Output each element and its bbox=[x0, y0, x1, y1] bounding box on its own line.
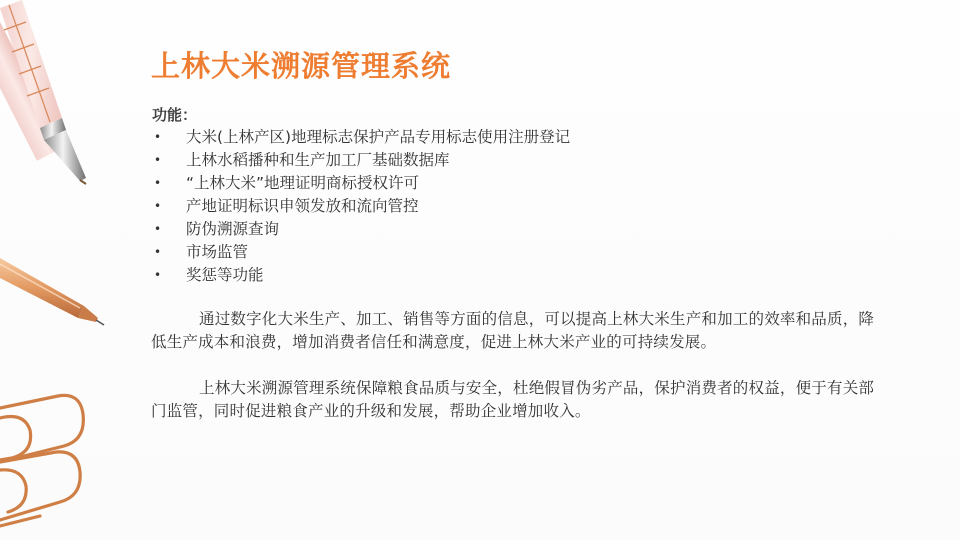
feature-text: 产地证明标识申领发放和流向管控 bbox=[186, 195, 419, 218]
feature-text: 防伪溯源查询 bbox=[186, 218, 279, 241]
slide: 上林大米溯源管理系统 功能： • 大米(上林产区)地理标志保护产品专用标志使用注… bbox=[0, 0, 960, 540]
paper-clips-icon bbox=[0, 395, 83, 526]
feature-text: 上林水稻播种和生产加工厂基础数据库 bbox=[186, 149, 450, 172]
body-paragraph-benefits: 通过数字化大米生产、加工、销售等方面的信息，可以提高上林大米生产和加工的效率和品… bbox=[151, 308, 881, 354]
bullet-icon: • bbox=[154, 218, 161, 241]
bullet-icon: • bbox=[154, 264, 161, 287]
pink-pen-icon bbox=[0, 13, 64, 160]
features-heading: 功能： bbox=[152, 104, 197, 125]
stationery-decoration bbox=[0, 0, 140, 540]
feature-text: 大米(上林产区)地理标志保护产品专用标志使用注册登记 bbox=[186, 126, 570, 149]
page-title: 上林大米溯源管理系统 bbox=[151, 44, 451, 85]
bullet-icon: • bbox=[154, 149, 161, 172]
body-paragraph-summary: 上林大米溯源管理系统保障粮食品质与安全，杜绝假冒伪劣产品，保护消费者的权益，便于… bbox=[151, 377, 881, 423]
feature-text: “上林大米”地理证明商标授权许可 bbox=[186, 172, 419, 195]
bullet-icon: • bbox=[154, 172, 161, 195]
rose-gold-pen-icon bbox=[0, 258, 104, 325]
feature-text: 市场监管 bbox=[186, 241, 248, 264]
bullet-icon: • bbox=[154, 195, 161, 218]
bullet-icon: • bbox=[154, 126, 161, 149]
bullet-icon: • bbox=[154, 241, 161, 264]
feature-text: 奖惩等功能 bbox=[186, 264, 264, 287]
